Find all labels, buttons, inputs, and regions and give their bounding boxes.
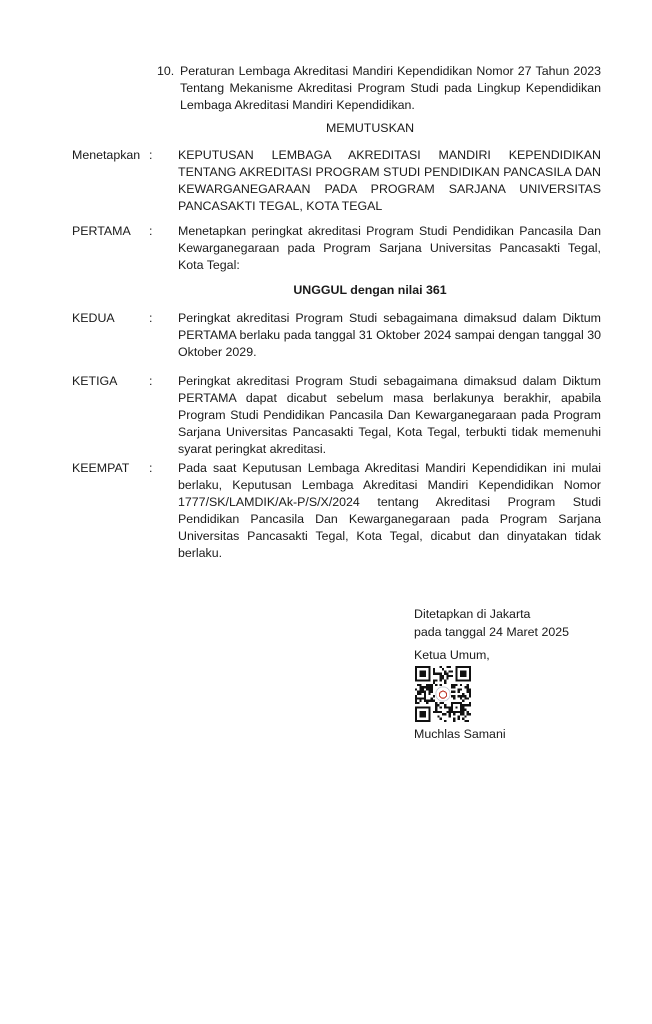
diktum-separator: : <box>149 460 178 562</box>
diktum-separator: : <box>149 373 178 458</box>
diktum-label: KEEMPAT <box>72 460 149 562</box>
diktum-label: Menetapkan <box>72 147 149 215</box>
decision-heading: MEMUTUSKAN <box>140 120 600 137</box>
signature-place: Ditetapkan di Jakarta <box>414 605 614 623</box>
diktum-text: KEPUTUSAN LEMBAGA AKREDITASI MANDIRI KEP… <box>178 147 601 215</box>
diktum-text: Peringkat akreditasi Program Studi sebag… <box>178 373 601 458</box>
diktum-text: Peringkat akreditasi Program Studi sebag… <box>178 310 601 361</box>
document-page: 10. Peraturan Lembaga Akreditasi Mandiri… <box>0 0 652 1024</box>
diktum-ketiga: KETIGA : Peringkat akreditasi Program St… <box>72 373 601 458</box>
diktum-separator: : <box>149 223 178 274</box>
item-text: Peraturan Lembaga Akreditasi Mandiri Kep… <box>180 63 601 114</box>
diktum-menetapkan: Menetapkan : KEPUTUSAN LEMBAGA AKREDITAS… <box>72 147 601 215</box>
diktum-text: Pada saat Keputusan Lembaga Akreditasi M… <box>178 460 601 562</box>
diktum-label: KETIGA <box>72 373 149 458</box>
signature-block: Ditetapkan di Jakarta pada tanggal 24 Ma… <box>414 605 614 743</box>
diktum-separator: : <box>149 147 178 215</box>
diktum-kedua: KEDUA : Peringkat akreditasi Program Stu… <box>72 310 601 361</box>
accreditation-result: UNGGUL dengan nilai 361 <box>140 282 600 299</box>
diktum-text: Menetapkan peringkat akreditasi Program … <box>178 223 601 274</box>
item-number: 10. <box>157 63 180 114</box>
signature-role: Ketua Umum, <box>414 646 614 664</box>
diktum-label: PERTAMA <box>72 223 149 274</box>
signature-date: pada tanggal 24 Maret 2025 <box>414 623 614 641</box>
diktum-label: KEDUA <box>72 310 149 361</box>
signatory-name: Muchlas Samani <box>414 725 614 743</box>
considering-item-10: 10. Peraturan Lembaga Akreditasi Mandiri… <box>157 63 601 114</box>
qr-code-icon[interactable] <box>415 666 471 722</box>
diktum-keempat: KEEMPAT : Pada saat Keputusan Lembaga Ak… <box>72 460 601 562</box>
diktum-pertama: PERTAMA : Menetapkan peringkat akreditas… <box>72 223 601 274</box>
diktum-separator: : <box>149 310 178 361</box>
